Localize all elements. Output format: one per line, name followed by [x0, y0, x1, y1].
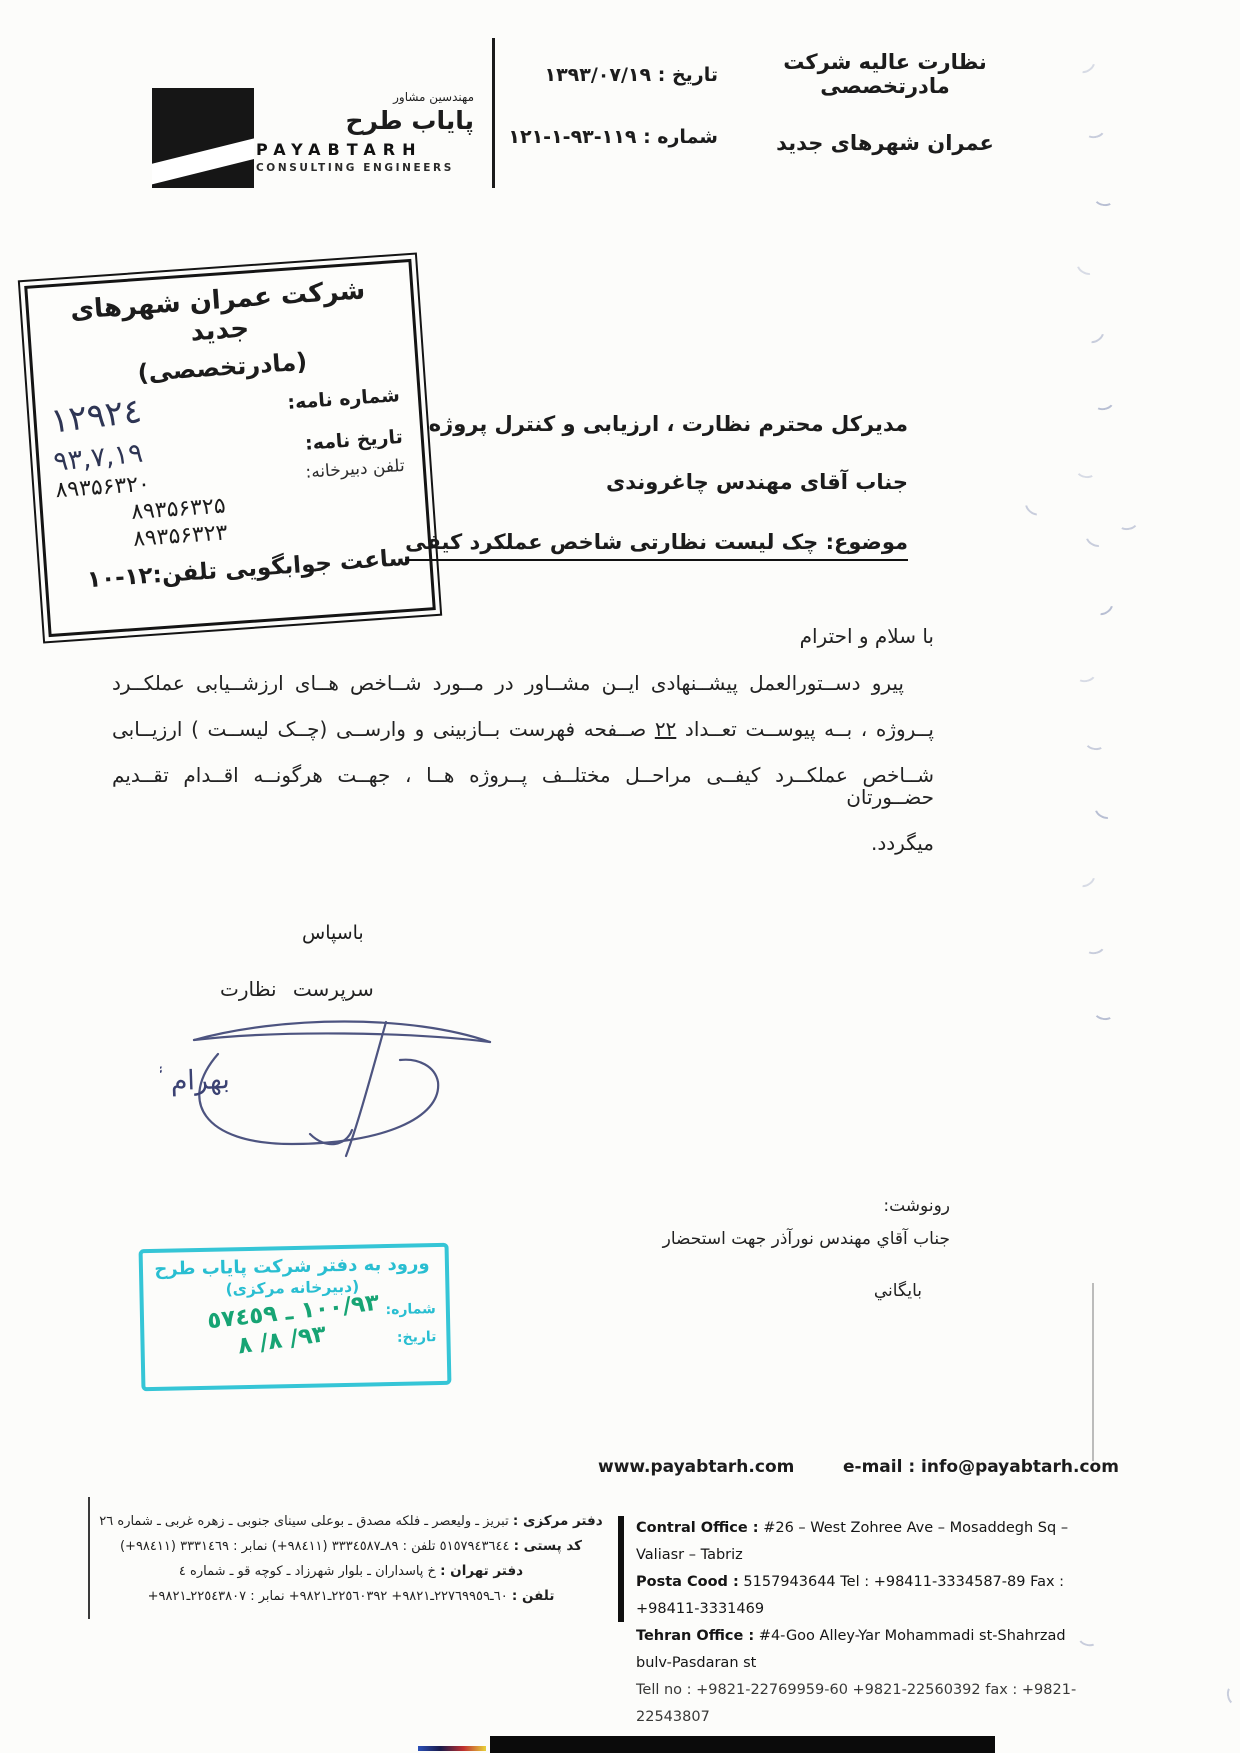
logo-subtitle-en: CONSULTING ENGINEERS [256, 162, 474, 174]
en-address-line1: Contral Office : #26 – West Zohree Ave –… [636, 1515, 1086, 1569]
org-line1: نظارت عالیه شرکت مادرتخصصی [735, 50, 1035, 98]
body-line-4: میگردد. [112, 832, 934, 854]
cc-item-1: جناب آقاي مهندس نورآذر جهت استحضار [530, 1229, 950, 1249]
payabtarh-logo [152, 88, 254, 188]
signature-name-text: بهرام گودرزی [160, 1063, 230, 1100]
recipient-line1: مدیرکل محترم نظارت ، ارزیابی و کنترل پرو… [328, 412, 908, 436]
fa-address-line4: تلفن : ٦٠ـ۲۲۷٦۹۹٥۹ـ۹۸۲۱+ ۲۲٥٦٠۳۹۲ـ۹۸۲۱+ … [94, 1584, 608, 1609]
stamp-number-handwritten: ١٢٩٢٤ [48, 391, 144, 442]
entry-stamp-box: ورود به دفتر شرکت پایاب طرح (دبیرخانه مر… [139, 1243, 452, 1391]
scan-squiggle-mark [1074, 868, 1098, 891]
stamp-number-label: شماره نامه: [287, 384, 401, 414]
org-line2: عمران شهرهای جدید [735, 131, 1035, 155]
logo-diagonal-stripe [152, 132, 254, 188]
scan-squiggle-mark [1075, 463, 1097, 480]
fa-address-line3: دفتر تهران : خ پاسداران ـ بلوار شهرزاد ـ… [94, 1559, 608, 1584]
scan-squiggle-mark [1022, 495, 1046, 519]
logo-tagline: مهندسین مشاور [256, 90, 474, 104]
entry-date-label: تاریخ: [397, 1329, 437, 1346]
scan-squiggle-mark [1084, 122, 1107, 140]
logo-text-block: مهندسین مشاور پایاب طرح PAYABTARH CONSUL… [256, 90, 474, 174]
scan-squiggle-mark [1083, 324, 1107, 347]
subject-line: موضوع: چک لیست نظارتی شاخص عملکرد کیفی [328, 530, 908, 561]
logo-name-fa: پایاب طرح [256, 106, 474, 135]
entry-number-label: شماره: [385, 1301, 436, 1318]
scan-squiggle-mark [1074, 256, 1098, 278]
salutation: با سلام و احترام [112, 624, 934, 648]
scan-squiggle-mark [1084, 735, 1106, 752]
cc-block: رونوشت: جناب آقاي مهندس نورآذر جهت استحض… [530, 1196, 950, 1301]
scan-squiggle-mark [1092, 596, 1116, 619]
footer-column-divider [618, 1516, 624, 1622]
recipient-block: مدیرکل محترم نظارت ، ارزیابی و کنترل پرو… [328, 412, 908, 561]
body-line-1: پیرو دســتورالعمل پیشــنهادی ایــن مشــا… [112, 672, 934, 694]
cc-item-2: بايگاني [530, 1281, 950, 1301]
letter-number: شماره : ۱۱۹-۹۳-۱-۱۲۱ [500, 126, 718, 148]
recipient-line2: جناب آقای مهندس چاغروندی [328, 470, 908, 494]
scan-squiggle-mark [1075, 666, 1098, 684]
closing-thanks: باسپاس [302, 922, 364, 944]
scan-squiggle-mark [1084, 938, 1107, 956]
scan-squiggle-mark [1092, 800, 1116, 822]
scan-squiggle-mark [1083, 528, 1107, 550]
fa-address-line1: دفتر مرکزی : تبریز ـ ولیعصر ـ فلکه مصدق … [94, 1509, 608, 1534]
stamp-phone-1: ۸۹۳۵۶۳۲۰ [55, 472, 151, 504]
letter-body: با سلام و احترام پیرو دســتورالعمل پیشــ… [112, 624, 934, 854]
scan-squiggle-mark [1074, 54, 1098, 77]
letter-date: تاریخ : ۱۳۹۳/۰۷/۱۹ [500, 64, 718, 86]
cc-title: رونوشت: [530, 1196, 950, 1216]
email-address: e-mail : info@payabtarh.com [843, 1457, 1119, 1477]
en-address-line3: Tehran Office : #4-Goo Alley-Yar Mohamma… [636, 1623, 1086, 1677]
date-number-block: تاریخ : ۱۳۹۳/۰۷/۱۹ شماره : ۱۱۹-۹۳-۱-۱۲۱ [500, 64, 718, 148]
fa-address-line2: کد پستی : ٥١٥٧٩٤٣٦٤٤ تلفن : ۸۹ـ۳۳۳٤٥۸۷ (… [94, 1534, 608, 1559]
scan-color-strip [418, 1746, 486, 1751]
supervising-org-header: نظارت عالیه شرکت مادرتخصصی عمران شهرهای … [735, 50, 1035, 155]
body-line-3: شــاخص عملکــرد کیفــی مراحــل مختلــف پ… [112, 764, 934, 808]
footer-english-address: Contral Office : #26 – West Zohree Ave –… [636, 1515, 1086, 1731]
scanned-letter-page: نظارت عالیه شرکت مادرتخصصی عمران شهرهای … [0, 0, 1240, 1753]
logo-name-en: PAYABTARH [256, 140, 474, 159]
en-address-line4: Tell no : +9821-22769959-60 +9821-225603… [636, 1677, 1086, 1731]
scan-edge-line [1092, 1283, 1094, 1461]
footer-persian-address: دفتر مرکزی : تبریز ـ ولیعصر ـ فلکه مصدق … [94, 1509, 608, 1609]
scan-squiggle-mark [1093, 1005, 1115, 1022]
page-count-number: ۲۲ [655, 717, 676, 741]
header-divider-line [492, 38, 495, 188]
handwritten-signature: بهرام گودرزی [160, 992, 500, 1162]
scan-squiggle-mark [1117, 514, 1139, 531]
website-url: www.payabtarh.com [598, 1457, 794, 1477]
scan-squiggle-mark [1093, 191, 1115, 208]
footer-left-rule [88, 1497, 90, 1619]
body-line-2: پــروژه ، بــه پیوســت تعــداد ۲۲ صــفحه… [112, 718, 934, 740]
en-address-line2: Posta Cood : 5157943644 Tel : +98411-333… [636, 1569, 1086, 1623]
scan-bottom-black-bar [490, 1736, 995, 1753]
scan-squiggle-mark [1093, 394, 1116, 412]
scan-squiggle-mark [1225, 1684, 1240, 1706]
